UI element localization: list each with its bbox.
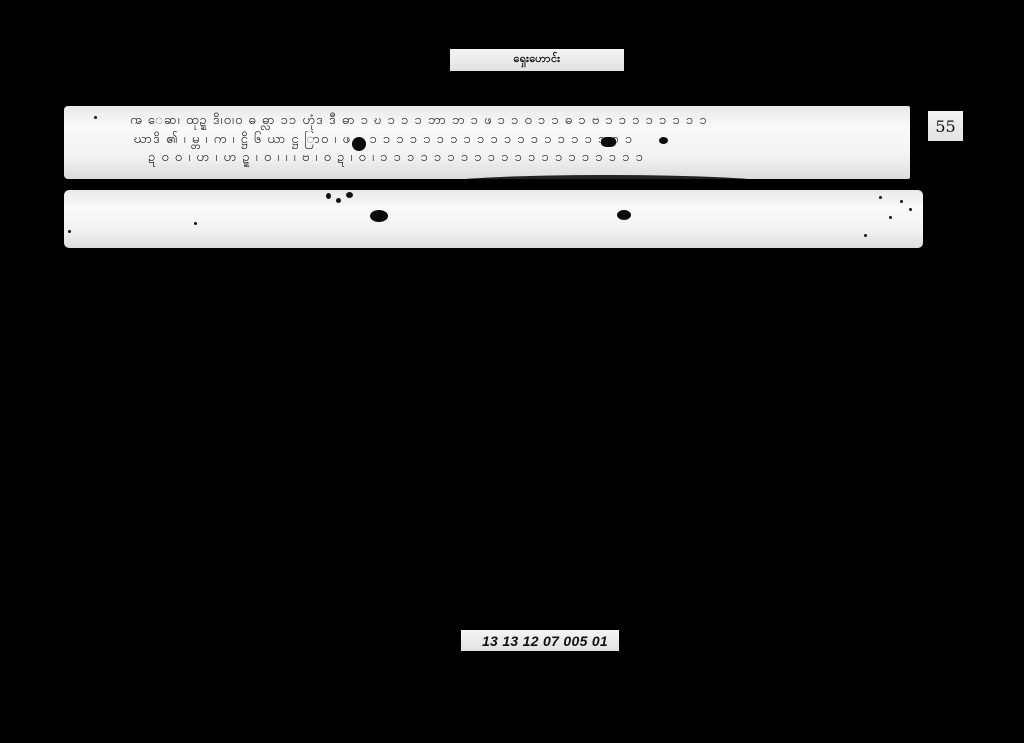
script-line: ꩠ ေဆ၊ ထုဍ္ဍ ဒိ၊ဝ၊ဝ ဓ ဓ္လာ ၁၁ ဟုံဒ ဒီ ဓာ … [130,112,910,131]
ink-blot [601,137,616,147]
speck [346,192,353,198]
catalog-id-label: 13 13 12 07 005 01 [461,630,619,651]
binding-hole [352,137,366,151]
speck [864,234,867,237]
page-number-label: 55 [928,111,963,141]
speck [336,198,341,203]
page-number-text: 55 [935,117,955,136]
speck [68,230,71,233]
speck [889,216,892,219]
ink-blot [659,137,668,144]
palm-leaf-inscribed: ꩠ ေဆ၊ ထုဍ္ဍ ဒိ၊ဝ၊ဝ ဓ ဓ္လာ ၁၁ ဟုံဒ ဒီ ဓာ … [64,106,910,179]
speck [909,208,912,211]
speck [879,196,882,199]
speck [326,193,331,199]
binding-hole [617,210,631,220]
manuscript-title-label: ရှေးဟောင်း [450,49,624,71]
script-line: ဃာဒိ ၏ ၊ မ္တ ၊ က ၊ ဋ္ဌိ ၆ ယာ ဋ္ဌ ြာဝ ၊ ဖ… [134,131,904,150]
manuscript-title-text: ရှေးဟောင်း [514,52,561,68]
script-line: ဍ ဝ ဝ ၊ ဟ ၊ ဟ ဍ္ဍ ၊ ဝ ၊ ၊ ၊ ဗ ၊ ဝ ဍ ၊ ဝ … [148,149,908,168]
speck [900,200,903,203]
binding-hole [370,210,388,222]
speck [94,116,97,119]
catalog-id-text: 13 13 12 07 005 01 [472,633,608,649]
palm-leaf-blank [64,190,923,248]
speck [194,222,197,225]
